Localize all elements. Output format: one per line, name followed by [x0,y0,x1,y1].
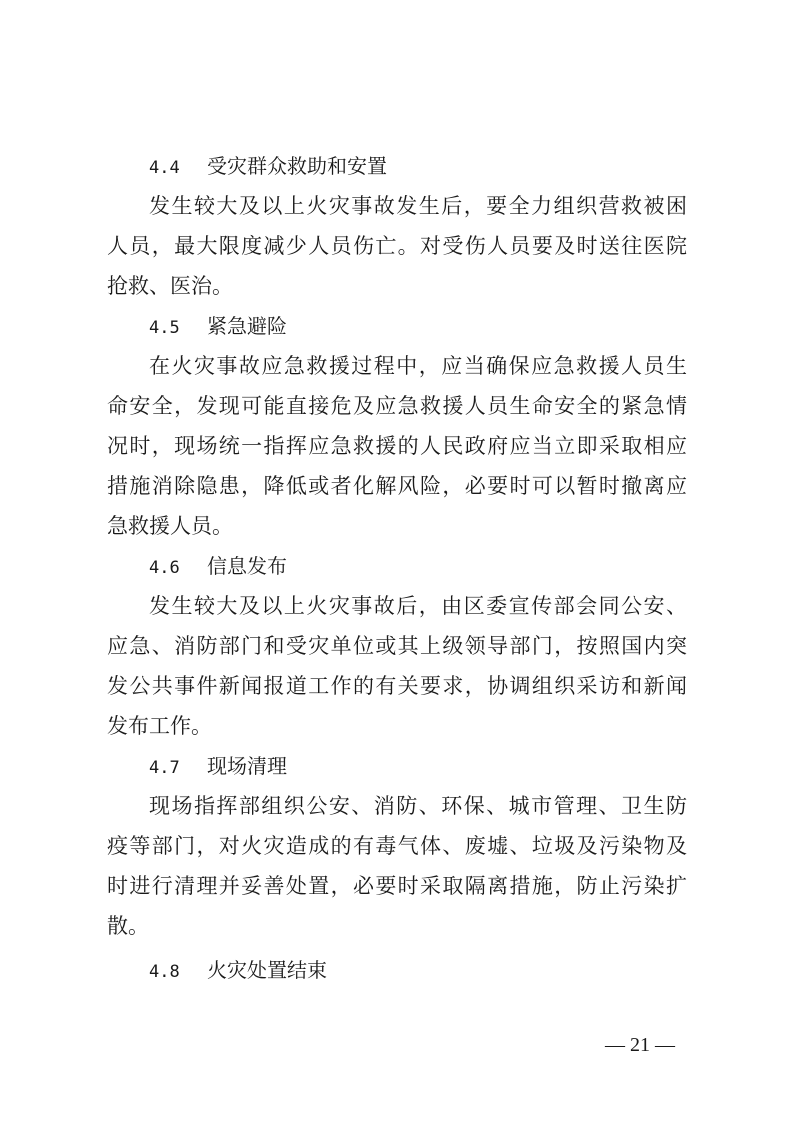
section-heading-4-8: 4.8火灾处置结束 [149,950,327,990]
section-heading-4-4: 4.4受灾群众救助和安置 [149,146,387,186]
section-heading-4-5: 4.5紧急避险 [149,306,287,346]
paragraph-line: 况时，现场统一指挥应急救援的人民政府应当立即采取相应 [107,426,687,466]
section-number: 4.5 [149,308,207,348]
section-title: 受灾群众救助和安置 [207,154,387,178]
document-page: 4.4受灾群众救助和安置 发生较大及以上火灾事故发生后，要全力组织营救被困 人员… [0,0,794,1123]
paragraph-line: 措施消除隐患，降低或者化解风险，必要时可以暂时撤离应 [107,466,687,506]
section-heading-4-6: 4.6信息发布 [149,546,287,586]
paragraph-line: 发生较大及以上火灾事故发生后，要全力组织营救被困 [149,186,687,226]
paragraph-line: 发布工作。 [107,706,687,746]
paragraph-line: 应急、消防部门和受灾单位或其上级领导部门，按照国内突 [107,626,687,666]
paragraph-line: 命安全，发现可能直接危及应急救援人员生命安全的紧急情 [107,386,687,426]
section-title: 火灾处置结束 [207,958,327,982]
section-number: 4.7 [149,748,207,788]
page-number: — 21 — [600,1030,680,1060]
section-title: 现场清理 [207,754,287,778]
section-heading-4-7: 4.7现场清理 [149,746,287,786]
section-title: 信息发布 [207,554,287,578]
paragraph-line: 急救援人员。 [107,506,687,546]
paragraph-line: 人员，最大限度减少人员伤亡。对受伤人员要及时送往医院 [107,226,687,266]
paragraph-line: 散。 [107,906,687,946]
section-number: 4.4 [149,148,207,188]
section-number: 4.8 [149,952,207,992]
paragraph-line: 发生较大及以上火灾事故后，由区委宣传部会同公安、 [149,586,687,626]
paragraph-line: 现场指挥部组织公安、消防、环保、城市管理、卫生防 [149,786,687,826]
paragraph-line: 抢救、医治。 [107,266,687,306]
section-number: 4.6 [149,548,207,588]
paragraph-line: 发公共事件新闻报道工作的有关要求，协调组织采访和新闻 [107,666,687,706]
section-title: 紧急避险 [207,314,287,338]
paragraph-line: 在火灾事故应急救援过程中，应当确保应急救援人员生 [149,346,687,386]
paragraph-line: 时进行清理并妥善处置，必要时采取隔离措施，防止污染扩 [107,866,687,906]
paragraph-line: 疫等部门，对火灾造成的有毒气体、废墟、垃圾及污染物及 [107,826,687,866]
